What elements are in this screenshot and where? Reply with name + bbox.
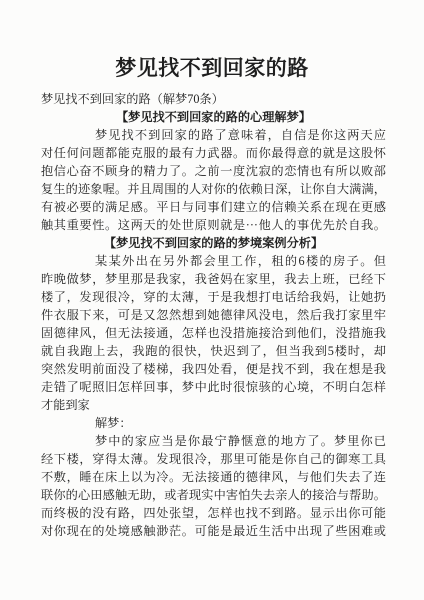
meta-line: 梦见找不到回家的路（解梦70条） xyxy=(41,90,386,108)
text-line: 才能到家 xyxy=(41,396,386,414)
text-line: 走错了呢照旧怎样回事，梦中此时很惊骇的心境，不明白怎样 xyxy=(41,378,386,396)
text-line: 经下楼，穿得太薄。发现很冷，那里可能是你自己的御寒工具 xyxy=(41,450,386,468)
text-line: 梦中的家应当是你最宁静惬意的地方了。梦里你已 xyxy=(41,432,386,450)
text-line: 件衣服下来，可是又忽然想到她德律风没电，然后我打家里牢 xyxy=(41,306,386,324)
text-line: 不敷，睡在床上以为冷。无法接通的德律风，与他们失去了连 xyxy=(41,468,386,486)
text-line: 解梦： xyxy=(41,414,386,432)
text-line: 楼了，发现很冷，穿的太薄，于是我想打电话给我妈，让她扔 xyxy=(41,288,386,306)
text-line: 而终极的没有路，四处张望，怎样也找不到路。显示出你可能 xyxy=(41,504,386,522)
text-line: 触其重要性。这两天的处世原则就是···他人的事优先於自我。 xyxy=(41,216,386,234)
text-line: 对你现在的处境感触渺茫。可能是最近生活中出现了些困难或 xyxy=(41,522,386,540)
document-page: 梦见找不到回家的路 梦见找不到回家的路（解梦70条）【梦见找不到回家的路的心理解… xyxy=(0,0,424,600)
text-line: 突然发明前面没了楼梯，我四处看，便是找不到，我在想是我 xyxy=(41,360,386,378)
text-line: 昨晚做梦，梦里那是我家，我爸妈在家里，我去上班，已经下 xyxy=(41,270,386,288)
document-body: 梦见找不到回家的路（解梦70条）【梦见找不到回家的路的心理解梦】梦见找不到回家的… xyxy=(41,90,386,540)
text-line: 某某外出在另外都会里工作，租的6楼的房子。但 xyxy=(41,252,386,270)
section-heading-line: 【梦见找不到回家的路的心理解梦】 xyxy=(41,108,386,126)
text-line: 固德律风，但无法接通，怎样也没措施接洽到他们，没措施我 xyxy=(41,324,386,342)
document-title: 梦见找不到回家的路 xyxy=(0,55,424,81)
text-line: 就自我跑上去，我跑的很快，快迟到了，但当我到5楼时，却 xyxy=(41,342,386,360)
text-line: 联你的心田感触无助，或者现实中害怕失去亲人的接洽与帮助。 xyxy=(41,486,386,504)
section-heading-line: 【梦见找不到回家的路的梦境案例分析】 xyxy=(41,234,386,252)
text-line: 梦见找不到回家的路了意味着，自信是你这两天应 xyxy=(41,126,386,144)
text-line: 复生的迹象喔。并且周围的人对你的依赖日深，让你自大满满， xyxy=(41,180,386,198)
text-line: 抱信心奋不顾身的精力了。之前一度沈寂的恋情也有所以败部 xyxy=(41,162,386,180)
text-line: 有被必要的满足感。平日与同事们建立的信赖关系在现在更感 xyxy=(41,198,386,216)
text-line: 对任何问题都能克服的最有力武器。而你最得意的就是这股怀 xyxy=(41,144,386,162)
